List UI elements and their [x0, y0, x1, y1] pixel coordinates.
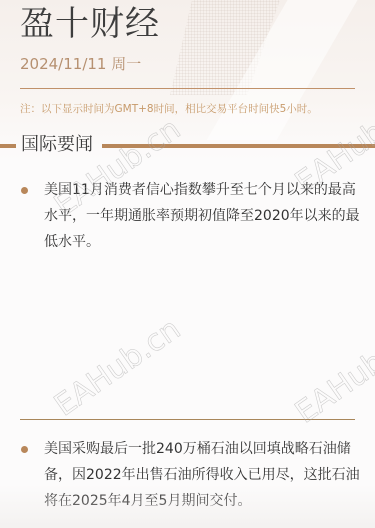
section-header-international-news: 国际要闻 — [0, 131, 375, 159]
date-label: 2024/11/11 周一 — [20, 54, 141, 74]
timezone-note: 注：以下显示时间为GMT+8时间，相比交易平台时间快5小时。 — [20, 101, 318, 117]
bullet-dot-icon — [21, 446, 28, 453]
news-page: 盈十财经 2024/11/11 周一 注：以下显示时间为GMT+8时间，相比交易… — [0, 0, 375, 528]
news-text: 美国11月消费者信心指数攀升至七个月以来的最高水平，一年期通胀率预期初值降至20… — [44, 177, 362, 255]
news-text: 美国采购最后一批240万桶石油以回填战略石油储备，因2022年出售石油所得收入已… — [44, 436, 362, 514]
section-bar-left — [0, 144, 16, 148]
header-divider — [20, 88, 355, 89]
bullet-dot-icon — [21, 187, 28, 194]
news-divider — [20, 419, 355, 420]
section-bar-right — [102, 144, 375, 148]
section-title: 国际要闻 — [21, 131, 93, 159]
watermark: EAHub — [289, 344, 375, 430]
watermark: EAHub.cn — [48, 312, 187, 424]
page-title: 盈十财经 — [20, 2, 160, 46]
diagonal-highlight-decoration — [207, 0, 364, 140]
chart-texture-decoration — [170, 0, 280, 95]
